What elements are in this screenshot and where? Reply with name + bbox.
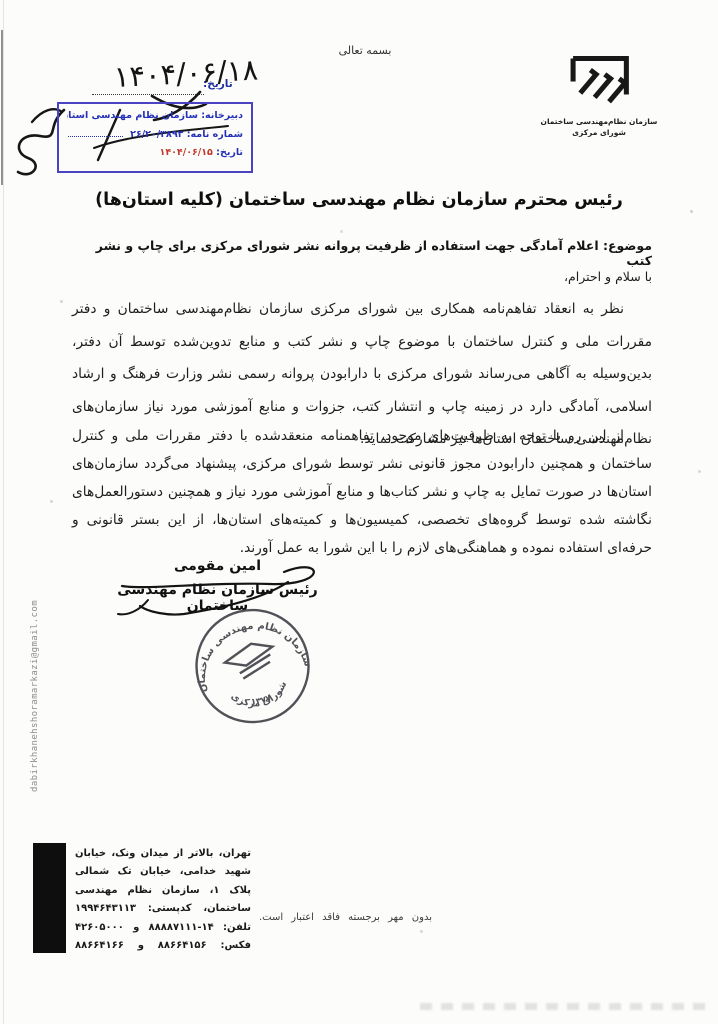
letter-number-label: شماره نامه: [187,129,243,140]
letter-number-value: ۲۶/۲۰/۳۸۹۳ [130,129,183,140]
stamp-org-text: سازمان نظام مهندسی ساختمان [184,608,313,694]
org-logo-icon [563,52,635,114]
handwritten-date: ۱۴۰۴/۰۶/۱۸ [47,53,258,98]
salutation: با سلام و احترام، [564,269,652,284]
svg-text:سازمان نظام مهندسی ساختمان: سازمان نظام مهندسی ساختمان [184,608,313,694]
subject-line: موضوع: اعلام آمادگی جهت استفاده از ظرفیت… [70,238,652,268]
logo-org-name: سازمان نظام‌مهندسی ساختمان [538,117,660,126]
address-line: تهران، بالاتر از میدان ونک، خیابان [75,845,251,863]
scan-smudge [420,1003,710,1010]
secretariat-email: dabirkhanehshoramarkazi@gmail.com [30,600,40,792]
number-dotted-line [67,128,123,137]
scanned-letter-page: بسمه تعالی سازمان نظام‌مهندسی ساختمان شو… [0,0,718,1024]
letter-title: رئیس محترم سازمان نظام مهندسی ساختمان (ک… [60,190,658,210]
secretariat-line: دبیرخانه: سازمان نظام مهندسی استان [67,107,243,126]
logo-sub-name: شورای مرکزی [538,128,660,137]
secretariat-stamp-box: دبیرخانه: سازمان نظام مهندسی استان شماره… [57,102,253,173]
stamp-logo-glyph [222,639,278,682]
address-line-fax: فکس: ۸۸۶۶۴۱۵۶ و ۸۸۶۶۴۱۶۶ [75,937,251,955]
address-line: شهید خدامی، خیابان تک شمالی [75,863,251,881]
footer-address: تهران، بالاتر از میدان ونک، خیابان شهید … [75,845,251,955]
address-line-phone: تلفن: ۱۴-۸۸۸۸۷۱۱۱ و ۴۲۶۰۵۰۰۰ [75,919,251,937]
address-line: پلاک ۱، سازمان نظام مهندسی [75,882,251,900]
stamp-date-label: تاریخ: [216,147,243,158]
scan-edge-line [3,0,4,1024]
letter-number-line: شماره نامه: ۲۶/۲۰/۳۸۹۳ [67,126,243,145]
embossed-seal-note: بدون مهر برجسته فاقد اعتبار است. [238,912,453,923]
stamp-date-line: تاریخ: ۱۴۰۴/۰۶/۱۵ [67,144,243,163]
org-logo: سازمان نظام‌مهندسی ساختمان شورای مرکزی [538,52,660,137]
body-paragraph-2: از این رو با توجه به ظرفیت‌های موجود، تف… [72,422,652,562]
stamp-date-value: ۱۴۰۴/۰۶/۱۵ [160,147,213,158]
footer-black-block [33,843,66,953]
scan-speck [690,210,693,213]
address-line: ساختمان، کدپستی: ۱۹۹۴۶۴۳۱۱۳ [75,900,251,918]
signer-name: امین مقومی [100,558,335,574]
bismillah-text: بسمه تعالی [295,44,435,57]
